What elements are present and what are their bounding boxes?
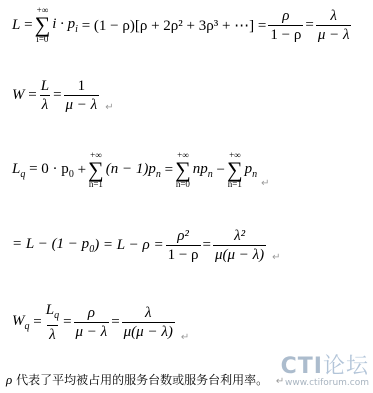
note-text: 代表了平均被占用的服务台数或服务台利用率。	[16, 373, 268, 387]
watermark-logo: CTI论坛	[281, 356, 369, 378]
equation-wq: Wq = Lq λ = ρ μ − λ = λ μ(μ − λ) ↵	[12, 302, 189, 343]
equation-w: W = L λ = 1 μ − λ ↵	[12, 78, 114, 113]
ctiforum-watermark: CTI论坛 www.ctiforum.com	[281, 356, 369, 388]
equals-sign: =	[53, 87, 61, 104]
rho-definition-note: ρ 代表了平均被占用的服务台数或服务台利用率。 ↵	[6, 371, 284, 388]
equals-sign: =	[28, 87, 36, 104]
sigma-icon: ∑	[35, 15, 51, 35]
eq-lq-lhs: Lq	[12, 161, 25, 180]
sum-symbol: +∞ ∑ n=1	[88, 151, 104, 189]
sigma-icon: ∑	[227, 160, 243, 180]
equals-sign: =	[33, 314, 41, 331]
equation-lq: Lq = 0 · p0 + +∞ ∑ n=1 (n − 1)pn = +∞ ∑ …	[12, 151, 270, 189]
fraction: Lq λ	[44, 302, 61, 343]
eq-lq-term2: npn	[193, 161, 213, 180]
equals-sign: =	[305, 17, 313, 34]
fraction: 1 μ − λ	[64, 78, 100, 113]
eq-l-lhs: L	[12, 17, 20, 34]
fraction: λ² μ(μ − λ)	[213, 228, 266, 263]
equals-sign: =	[165, 162, 173, 179]
equals-sign: =	[203, 237, 211, 254]
equals-sign: =	[63, 314, 71, 331]
sigma-icon: ∑	[175, 160, 191, 180]
paragraph-mark-icon: ↵	[261, 178, 269, 189]
watermark-url: www.ctiforum.com	[281, 378, 369, 388]
plus-sign: +	[78, 162, 86, 179]
eq-w-lhs: W	[12, 87, 25, 104]
fraction: λ μ − λ	[316, 8, 352, 43]
equation-l: L = +∞ ∑ i=0 i · pi = (1 − ρ)[ρ + 2ρ² + …	[12, 6, 353, 44]
equals-sign: =	[111, 314, 119, 331]
eq-wq-lhs: Wq	[12, 313, 30, 332]
eq-cont-part1: = L − (1 − p0	[12, 236, 94, 255]
eq-lq-first: = 0 · p0	[29, 161, 74, 180]
paragraph-mark-icon: ↵	[105, 102, 113, 113]
fraction: λ μ(μ − λ)	[122, 305, 175, 340]
equation-lq-continued: = L − (1 − p0 ) = L − ρ = ρ² 1 − ρ = λ² …	[12, 228, 281, 263]
sum-lower: i=0	[36, 35, 48, 44]
fraction: L λ	[39, 78, 51, 113]
eq-cont-part2: ) = L − ρ =	[94, 237, 163, 254]
fraction: ρ 1 − ρ	[268, 8, 303, 43]
paragraph-mark-icon: ↵	[272, 252, 280, 263]
sum-symbol: +∞ ∑ i=0	[35, 6, 51, 44]
fraction: ρ μ − λ	[74, 305, 110, 340]
fraction: ρ² 1 − ρ	[166, 228, 201, 263]
eq-l-term: i · pi	[52, 16, 78, 35]
rho-symbol: ρ	[6, 372, 12, 387]
minus-sign: −	[217, 162, 225, 179]
paragraph-mark-icon: ↵	[181, 332, 189, 343]
eq-lq-term3: pn	[245, 161, 258, 180]
sum-symbol: +∞ ∑ n=1	[227, 151, 243, 189]
equals-sign: =	[24, 17, 32, 34]
sigma-icon: ∑	[88, 160, 104, 180]
eq-l-expansion: = (1 − ρ)[ρ + 2ρ² + 3ρ³ + ⋯] =	[82, 16, 267, 35]
eq-lq-term1: (n − 1)pn	[106, 161, 161, 180]
sum-symbol: +∞ ∑ n=0	[175, 151, 191, 189]
